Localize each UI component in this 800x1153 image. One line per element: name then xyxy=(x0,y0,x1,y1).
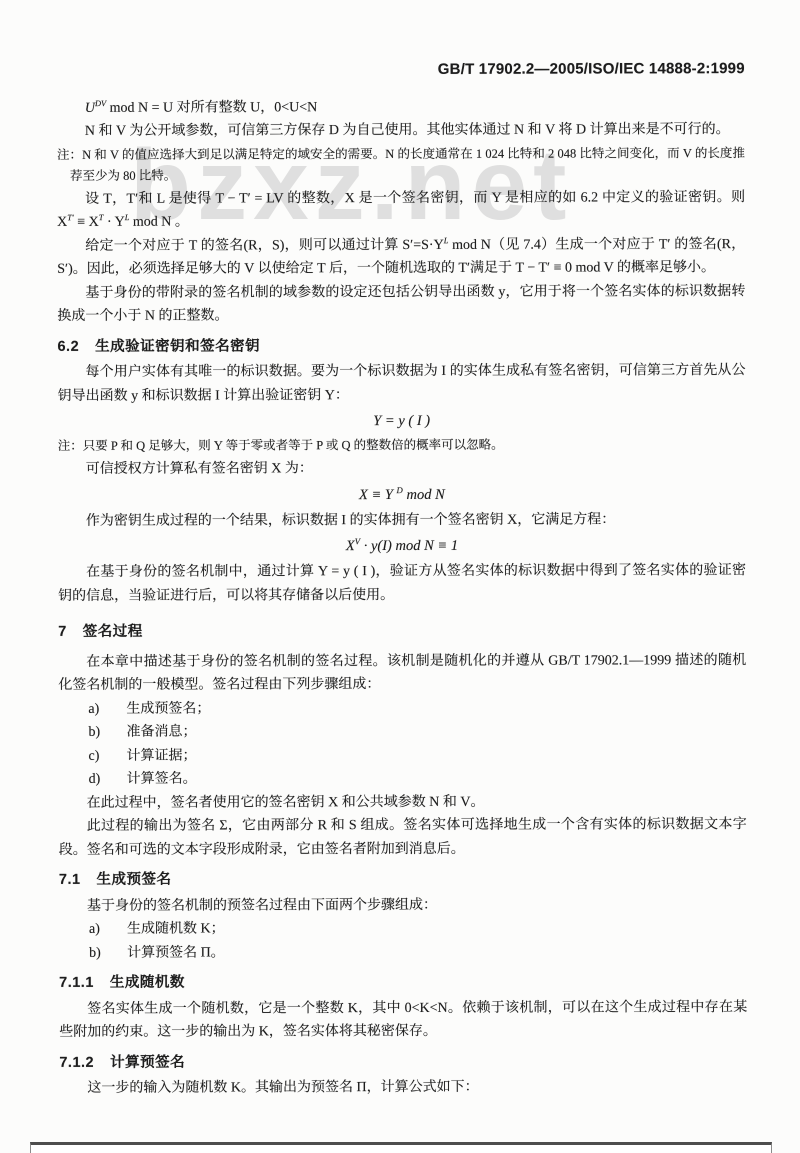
formula-xv: XV · y(I) mod N ≡ 1 xyxy=(58,532,746,560)
paragraph-every-user: 每个用户实体有其唯一的标识数据。要为一个标识数据为 I 的实体生成私有签名密钥，… xyxy=(58,359,746,408)
paragraph-set-t: 设 T，T′和 L 是使得 T − T′ = LV 的整数，X 是一个签名密钥，… xyxy=(57,186,745,235)
paragraph-presignature-calc: 这一步的输入为随机数 K。其输出为预签名 Π，计算公式如下： xyxy=(59,1075,747,1100)
presignature-steps: a)生成随机数 K； b)计算预签名 Π。 xyxy=(59,916,747,965)
signature-process-steps: a)生成预签名； b)准备消息； c)计算证据； d)计算签名。 xyxy=(58,696,746,792)
heading-7-1: 7.1生成预签名 xyxy=(59,867,747,892)
truncated-footer-box xyxy=(30,1142,772,1153)
scanned-document-page: bzxz.net GB/T 17902.2—2005/ISO/IEC 14888… xyxy=(0,0,800,1153)
heading-7-1-1: 7.1.1生成随机数 xyxy=(59,970,747,995)
paragraph-trusted-authority: 可信授权方计算私有签名密钥 X 为： xyxy=(58,456,746,481)
formula-y: Y = y ( I ) xyxy=(58,407,746,435)
paragraph-random-number: 签名实体生成一个随机数，它是一个整数 K，其中 0<K<N。依赖于该机制，可以在… xyxy=(59,996,747,1045)
note-pq-large: 注：只要 P 和 Q 足够大，则 Y 等于零或者等于 P 或 Q 的整数倍的概率… xyxy=(58,434,746,457)
heading-7: 7签名过程 xyxy=(58,619,746,644)
paragraph-domain-params: 基于身份的带附录的签名机制的域参数的设定还包括公钥导出函数 y，它用于将一个签名… xyxy=(57,280,745,329)
list-item: d)计算签名。 xyxy=(89,766,747,791)
standard-number-header: GB/T 17902.2—2005/ISO/IEC 14888-2:1999 xyxy=(57,57,745,82)
paragraph-presignature-intro: 基于身份的签名机制的预签名过程由下面两个步骤组成： xyxy=(59,893,747,918)
heading-7-1-2: 7.1.2计算预签名 xyxy=(59,1050,747,1075)
list-item: a)生成随机数 K； xyxy=(89,916,747,941)
page-content: GB/T 17902.2—2005/ISO/IEC 14888-2:1999 U… xyxy=(0,0,800,1101)
list-item: b)计算预签名 Π。 xyxy=(89,940,747,965)
list-item: b)准备消息； xyxy=(88,719,746,744)
paragraph-given-signature: 给定一个对应于 T 的签名(R，S)，则可以通过计算 S′=S·YL mod N… xyxy=(57,233,745,282)
paragraph-in-process: 在此过程中，签名者使用它的签名密钥 X 和公共域参数 N 和 V。 xyxy=(59,790,747,815)
paragraph-process-output: 此过程的输出为签名 Σ，它由两部分 R 和 S 组成。签名实体可选择地生成一个含… xyxy=(59,813,747,862)
formula-udv: UDV mod N = U 对所有整数 U，0<U<N xyxy=(57,95,745,120)
heading-6-2: 6.2生成验证密钥和签名密钥 xyxy=(57,334,745,359)
paragraph-public-params: N 和 V 为公开域参数，可信第三方保存 D 为自己使用。其他实体通过 N 和 … xyxy=(57,118,745,143)
note-nv-length: 注：N 和 V 的值应选择大到足以满足特定的域安全的需要。N 的长度通常在 1 … xyxy=(57,143,745,187)
formula-x: X ≡ Y D mod N xyxy=(58,481,746,509)
list-item: c)计算证据； xyxy=(89,743,747,768)
paragraph-chapter7-intro: 在本章中描述基于身份的签名机制的签名过程。该机制是随机化的并遵从 GB/T 17… xyxy=(58,649,746,698)
paragraph-key-result: 作为密钥生成过程的一个结果，标识数据 I 的实体拥有一个签名密钥 X，它满足方程… xyxy=(58,508,746,533)
paragraph-id-signature: 在基于身份的签名机制中，通过计算 Y = y ( I )，验证方从签名实体的标识… xyxy=(58,559,746,608)
list-item: a)生成预签名； xyxy=(88,696,746,721)
